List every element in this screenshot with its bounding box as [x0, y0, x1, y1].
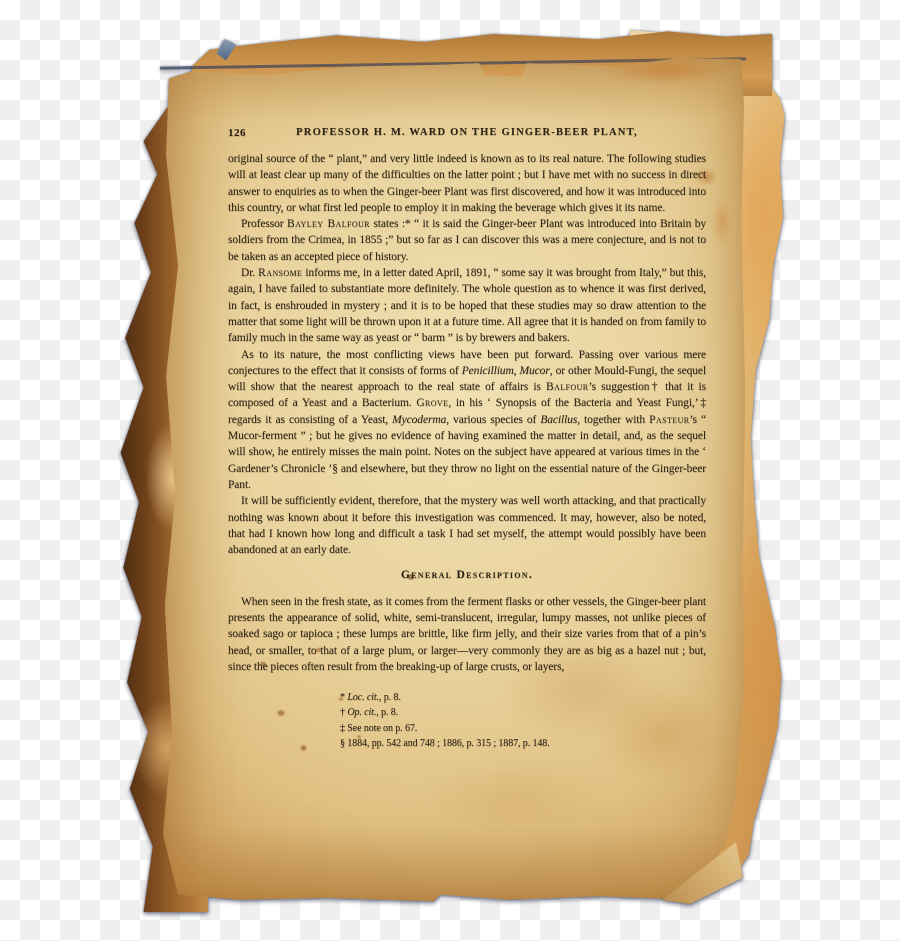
paragraph: Dr. Ransome informs me, in a letter date… [228, 265, 706, 346]
footnote: ‡ See note on p. 67. [340, 721, 706, 736]
page-text: 126 PROFESSOR H. M. WARD ON THE GINGER-B… [228, 125, 706, 751]
transparent-checkerboard-background: 126 PROFESSOR H. M. WARD ON THE GINGER-B… [0, 0, 900, 941]
page-number: 126 [228, 125, 246, 141]
section-heading: General Description. [228, 567, 706, 583]
footnote: * Loc. cit., p. 8. [340, 690, 706, 705]
running-header-title: PROFESSOR H. M. WARD ON THE GINGER-BEER … [228, 125, 706, 141]
paragraph: Professor Bayley Balfour states :* “ it … [228, 216, 706, 265]
paragraph: When seen in the fresh state, as it come… [228, 594, 706, 675]
footnotes: * Loc. cit., p. 8. † Op. cit., p. 8. ‡ S… [340, 690, 706, 751]
paragraph: It will be sufficiently evident, therefo… [228, 493, 706, 558]
paragraph: original source of the “ plant,” and ver… [228, 151, 706, 216]
running-head: 126 PROFESSOR H. M. WARD ON THE GINGER-B… [228, 125, 706, 141]
paper-stain [712, 200, 732, 246]
footnote: † Op. cit., p. 8. [340, 705, 706, 720]
paper-stain [598, 56, 733, 84]
paper-stack: 126 PROFESSOR H. M. WARD ON THE GINGER-B… [0, 0, 900, 941]
paper-stain [418, 760, 608, 840]
footnote: § 1884, pp. 542 and 748 ; 1886, p. 315 ;… [340, 736, 706, 751]
paragraph: As to its nature, the most conflicting v… [228, 347, 706, 494]
